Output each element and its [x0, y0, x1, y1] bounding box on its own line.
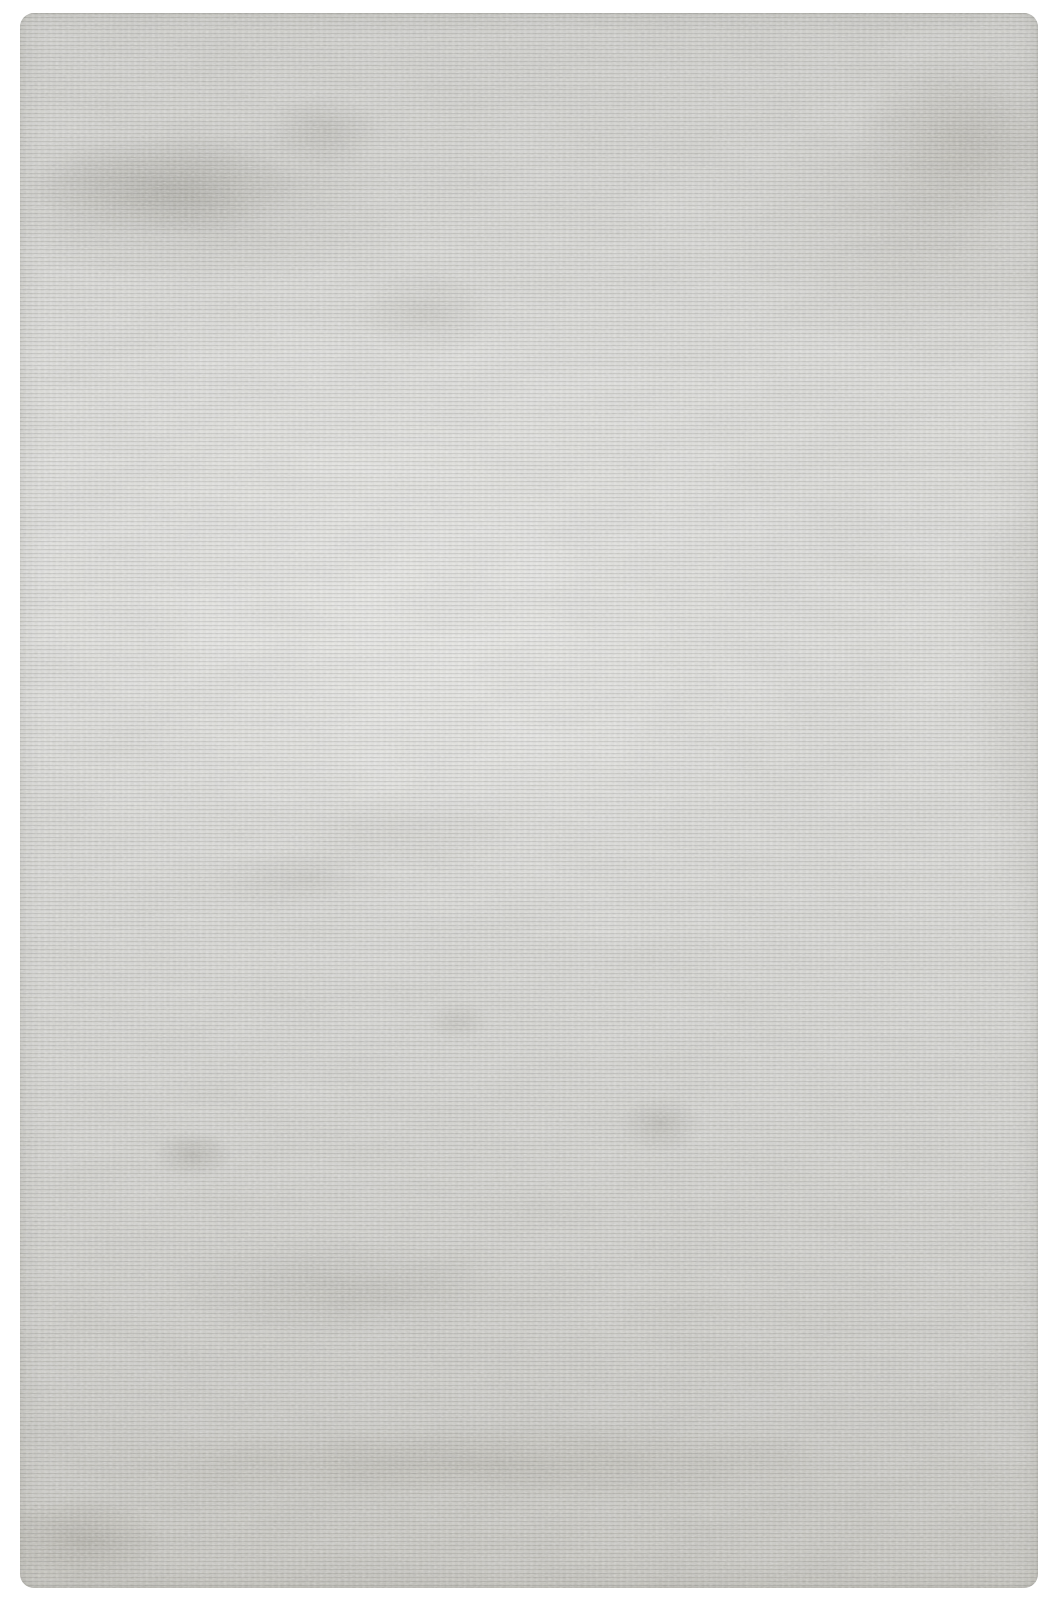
rug-fiber-grain-texture [20, 13, 1038, 1588]
page: { "image": { "type": "product-photograph… [0, 0, 1057, 1600]
rug [20, 13, 1038, 1588]
rug-product-photo [0, 0, 1057, 1600]
